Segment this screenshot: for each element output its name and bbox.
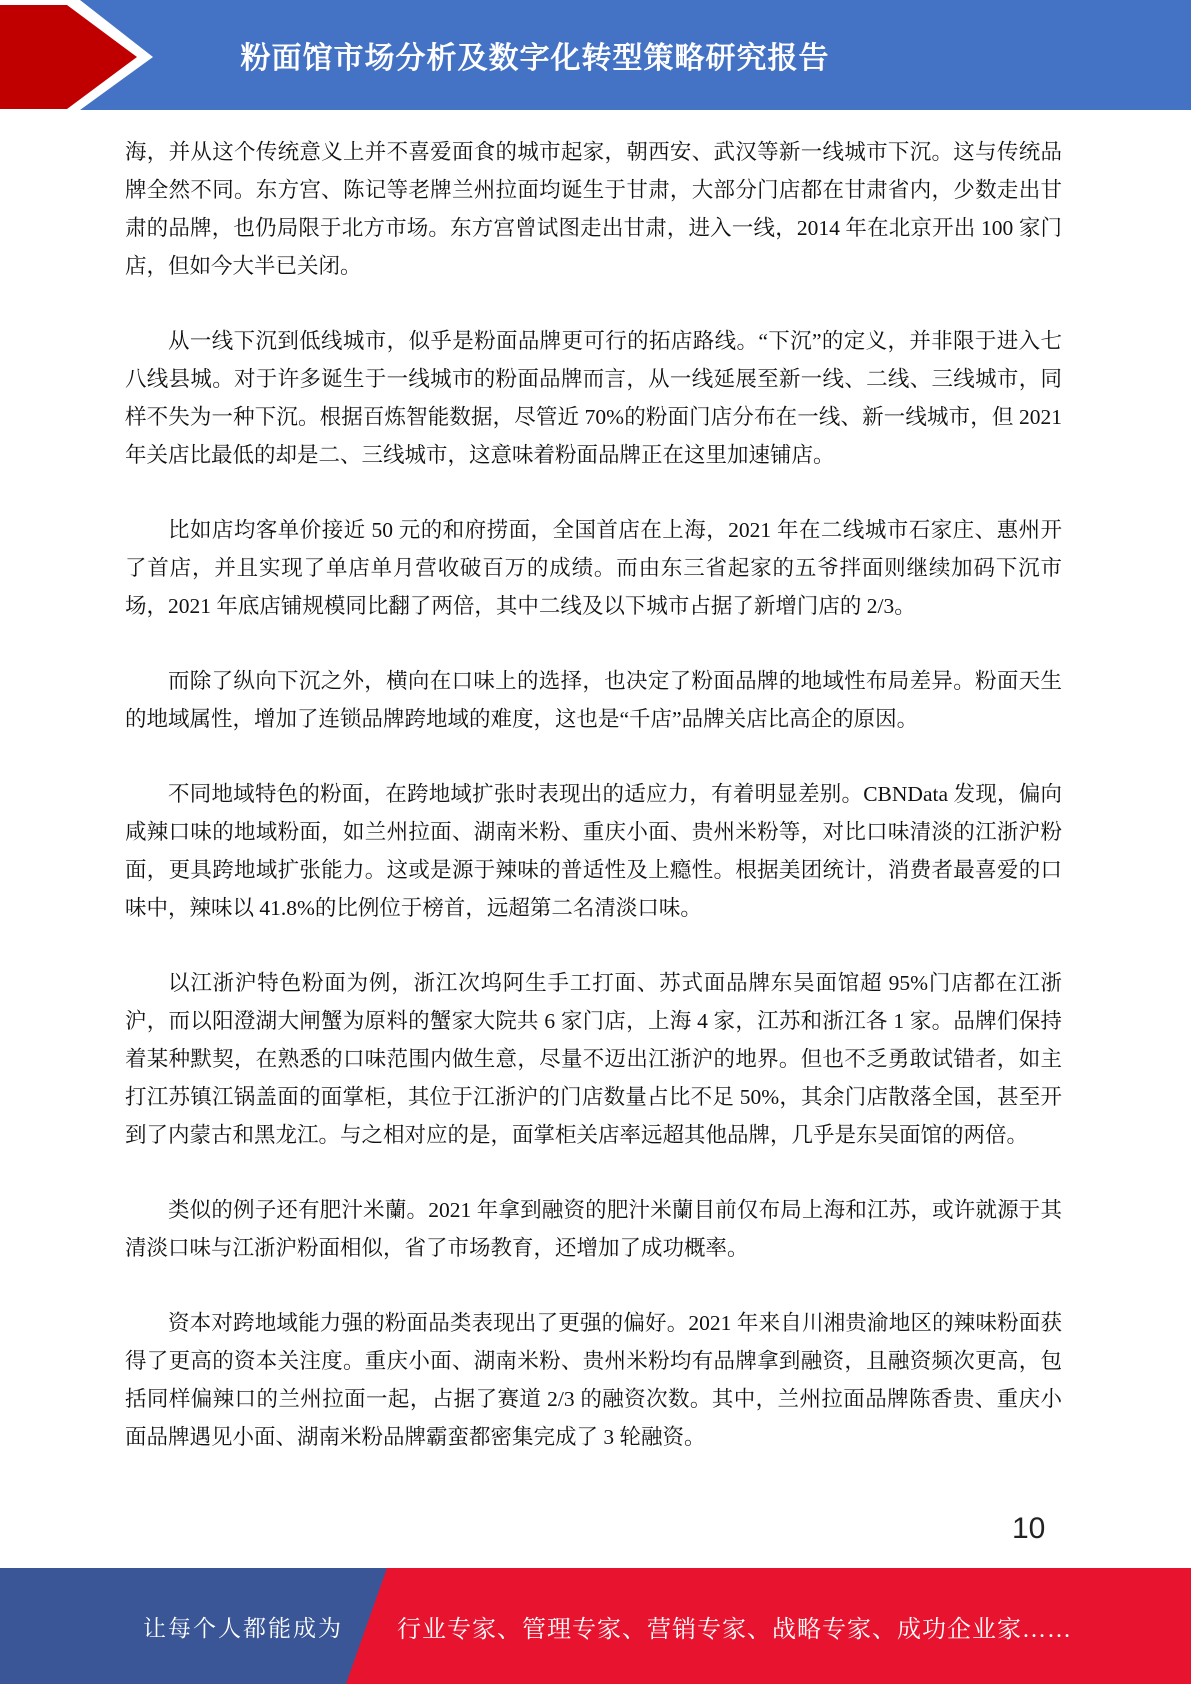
paragraph: 海，并从这个传统意义上并不喜爱面食的城市起家，朝西安、武汉等新一线城市下沉。这与… — [125, 133, 1062, 285]
paragraph: 以江浙沪特色粉面为例，浙江次坞阿生手工打面、苏式面品牌东吴面馆超 95%门店都在… — [125, 964, 1062, 1154]
page-number: 10 — [1012, 1512, 1045, 1546]
paragraph: 不同地域特色的粉面，在跨地域扩张时表现出的适应力，有着明显差别。CBNData … — [125, 775, 1062, 927]
paragraph: 比如店均客单价接近 50 元的和府捞面，全国首店在上海，2021 年在二线城市石… — [125, 511, 1062, 625]
footer-slogan-left: 让每个人都能成为 — [143, 1568, 343, 1684]
paragraph: 资本对跨地域能力强的粉面品类表现出了更强的偏好。2021 年来自川湘贵渝地区的辣… — [125, 1304, 1062, 1456]
body-text: 海，并从这个传统意义上并不喜爱面食的城市起家，朝西安、武汉等新一线城市下沉。这与… — [125, 133, 1062, 1493]
footer-bar: 让每个人都能成为 行业专家、管理专家、营销专家、战略专家、成功企业家…… — [0, 1568, 1191, 1684]
paragraph: 从一线下沉到低线城市，似乎是粉面品牌更可行的拓店路线。“下沉”的定义，并非限于进… — [125, 322, 1062, 474]
paragraph: 而除了纵向下沉之外，横向在口味上的选择，也决定了粉面品牌的地域性布局差异。粉面天… — [125, 662, 1062, 738]
paragraph: 类似的例子还有肥汁米蘭。2021 年拿到融资的肥汁米蘭目前仅布局上海和江苏，或许… — [125, 1191, 1062, 1267]
footer-slogan-right: 行业专家、管理专家、营销专家、战略专家、成功企业家…… — [397, 1568, 1072, 1684]
header-banner: 粉面馆市场分析及数字化转型策略研究报告 — [0, 0, 1191, 110]
report-page: 粉面馆市场分析及数字化转型策略研究报告 海，并从这个传统意义上并不喜爱面食的城市… — [0, 0, 1191, 1684]
page-title: 粉面馆市场分析及数字化转型策略研究报告 — [0, 0, 1070, 110]
